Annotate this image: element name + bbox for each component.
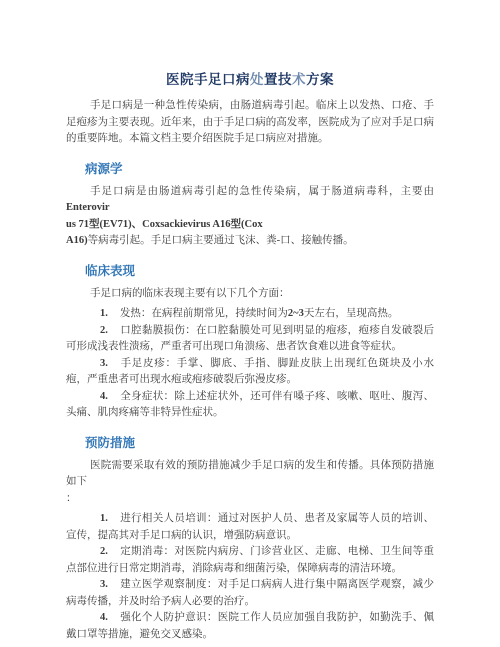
section-heading-etiology: 病源学 (85, 159, 434, 177)
clinical-list: 1.发热：在病程前期常见，持续时间为2~3天左右，呈现高热。 2.口腔黏膜损伤：… (66, 306, 434, 422)
section-heading-clinical: 临床表现 (85, 261, 434, 279)
list-item: 1.发热：在病程前期常见，持续时间为2~3天左右，呈现高热。 (66, 306, 434, 323)
etiology-text: 等病毒引起。手足口病主要通过飞沫、粪-口、接触传播。 (88, 235, 354, 246)
list-text-bold: 2~3 (288, 308, 304, 319)
section-heading-prevention: 预防措施 (85, 433, 434, 451)
document-page: 医院手足口病处置技术方案 手足口病是一种急性传染病，由肠道病毒引起。临床上以发热… (0, 0, 500, 647)
page-title: 医院手足口病处置技术方案 (66, 68, 434, 88)
clinical-intro: 手足口病的临床表现主要有以下几个方面： (66, 286, 434, 303)
etiology-text-bold: us 71型(EV71)、Coxsackievirus A16型(Cox (66, 219, 263, 230)
prevention-intro-colon: ： (66, 493, 77, 504)
etiology-text: 手足口病是由肠道病毒引起的急性传染病，属于肠道病毒科，主要由 (90, 186, 434, 197)
etiology-paragraph: 手足口病是由肠道病毒引起的急性传染病，属于肠道病毒科，主要由Enteroviru… (66, 184, 434, 250)
prevention-intro-text: 医院需要采取有效的预防措施减少手足口病的发生和传播。具体预防措施如下 (66, 460, 434, 488)
list-number: 2. (100, 325, 108, 336)
list-text: 建立医学观察制度：对手足口病病人进行集中隔离医学观察，减少病毒传播，并及时给予病… (66, 579, 434, 607)
list-number: 4. (100, 391, 108, 402)
list-text: 发热：在病程前期常见，持续时间为 (120, 308, 288, 319)
list-number: 3. (100, 358, 108, 369)
list-text: 全身症状：除上述症状外，还可伴有嗓子疼、咳嗽、呕吐、腹泻、头痛、肌肉疼痛等非特异… (66, 391, 434, 419)
list-number: 1. (100, 308, 108, 319)
etiology-text-bold: A16) (66, 235, 88, 246)
title-segment-light: 处 (250, 72, 264, 87)
prevention-list: 1.进行相关人员培训：通过对医护人员、患者及家属等人员的培训、宣传，提高其对手足… (66, 511, 434, 643)
list-item: 4.强化个人防护意识：医院工作人员应加强自我防护，如勤洗手、佩戴口罩等措施，避免… (66, 610, 434, 643)
etiology-text-bold: Enterovir (66, 202, 110, 213)
prevention-intro: 医院需要采取有效的预防措施减少手足口病的发生和传播。具体预防措施如下： (66, 458, 434, 508)
document-content: 医院手足口病处置技术方案 手足口病是一种急性传染病，由肠道病毒引起。临床上以发热… (0, 0, 500, 643)
title-segment: 方案 (306, 72, 334, 87)
title-segment: 置技 (264, 72, 292, 87)
list-text: 手足皮疹：手掌、脚底、手指、脚趾皮肤上出现红色斑块及小水疱，严重患者可出现水疱或… (66, 358, 434, 386)
list-text: 天左右，呈现高热。 (304, 308, 399, 319)
list-text: 口腔黏膜损伤：在口腔黏膜处可见到明显的疱疹，疱疹自发破裂后可形成浅表性溃疡，严重… (66, 325, 434, 353)
list-item: 2.口腔黏膜损伤：在口腔黏膜处可见到明显的疱疹，疱疹自发破裂后可形成浅表性溃疡，… (66, 323, 434, 356)
list-number: 4. (100, 612, 108, 623)
intro-paragraph: 手足口病是一种急性传染病，由肠道病毒引起。临床上以发热、口疮、手足疱疹为主要表现… (66, 98, 434, 148)
list-number: 3. (100, 579, 108, 590)
list-number: 2. (100, 546, 108, 557)
title-segment-light: 术 (292, 72, 306, 87)
title-segment: 医院手足口病 (166, 72, 250, 87)
list-item: 3.手足皮疹：手掌、脚底、手指、脚趾皮肤上出现红色斑块及小水疱，严重患者可出现水… (66, 356, 434, 389)
list-text: 强化个人防护意识：医院工作人员应加强自我防护，如勤洗手、佩戴口罩等措施，避免交叉… (66, 612, 434, 640)
list-item: 3.建立医学观察制度：对手足口病病人进行集中隔离医学观察，减少病毒传播，并及时给… (66, 577, 434, 610)
list-text: 进行相关人员培训：通过对医护人员、患者及家属等人员的培训、宣传，提高其对手足口病… (66, 513, 434, 541)
list-item: 4.全身症状：除上述症状外，还可伴有嗓子疼、咳嗽、呕吐、腹泻、头痛、肌肉疼痛等非… (66, 389, 434, 422)
list-item: 2.定期消毒：对医院内病房、门诊营业区、走廊、电梯、卫生间等重点部位进行日常定期… (66, 544, 434, 577)
list-text: 定期消毒：对医院内病房、门诊营业区、走廊、电梯、卫生间等重点部位进行日常定期消毒… (66, 546, 434, 574)
list-number: 1. (100, 513, 108, 524)
list-item: 1.进行相关人员培训：通过对医护人员、患者及家属等人员的培训、宣传，提高其对手足… (66, 511, 434, 544)
